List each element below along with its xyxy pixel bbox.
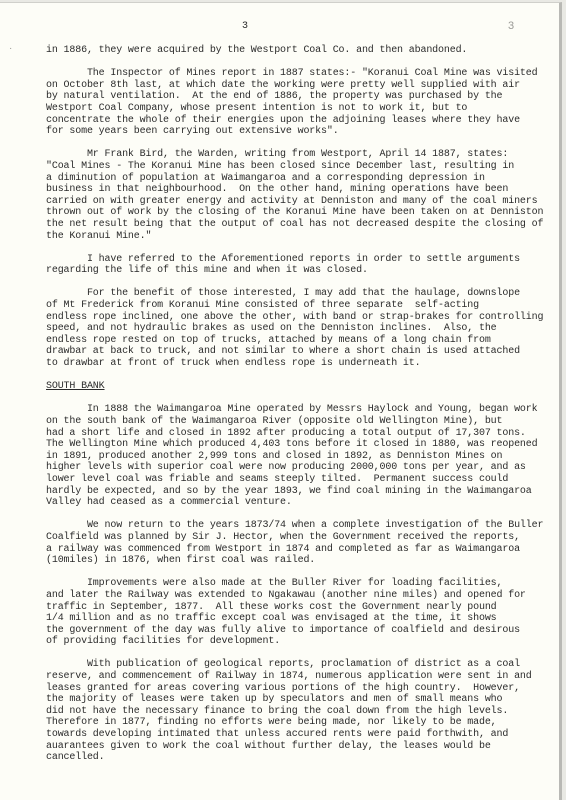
text-line: Valley had ceased as a commercial ventur…	[46, 497, 546, 509]
text-line: higher levels with superior coal were no…	[46, 462, 546, 474]
text-line: business in that neighbourhood. On the o…	[46, 184, 546, 196]
margin-tick-mark: ·	[9, 43, 12, 54]
text-line: on October 8th last, at which date the w…	[46, 80, 546, 92]
text-line: For the benefit of those interested, I m…	[46, 288, 546, 300]
text-line: 1/4 million and as no traffic except coa…	[46, 613, 546, 625]
paragraph-group-top: in 1886, they were acquired by the Westp…	[46, 45, 546, 370]
paragraph: We now return to the years 1873/74 when …	[46, 520, 546, 566]
paragraph: I have referred to the Aforementioned re…	[46, 254, 546, 277]
text-line: Improvements were also made at the Bulle…	[46, 578, 546, 590]
text-line: the majority of leases were taken up by …	[46, 694, 546, 706]
text-line: for some years been carrying out extensi…	[46, 126, 546, 138]
text-line: a diminution of population at Waimangaro…	[46, 173, 546, 185]
document-body: in 1886, they were acquired by the Westp…	[46, 45, 546, 775]
text-line: speed, and not hydraulic brakes as used …	[46, 323, 546, 335]
text-line: endless rope rested on top of trucks, at…	[46, 335, 546, 347]
paragraph-group-south-bank: In 1888 the Waimangaroa Mine operated by…	[46, 404, 546, 763]
text-line: by natural ventilation. At the end of 18…	[46, 91, 546, 103]
text-line: concentrate the whole of their energies …	[46, 115, 546, 127]
text-line: Coalfield was planned by Sir J. Hector, …	[46, 532, 546, 544]
text-line: the government of the day was fully aliv…	[46, 625, 546, 637]
paragraph: In 1888 the Waimangaroa Mine operated by…	[46, 404, 546, 508]
text-line: in 1886, they were acquired by the Westp…	[46, 45, 546, 57]
text-line: of Mt Frederick from Koranui Mine consis…	[46, 300, 546, 312]
text-line: to drawbar at front of truck when endles…	[46, 358, 546, 370]
document-page: 3 3 · in 1886, they were acquired by the…	[0, 2, 562, 800]
text-line: did not have the necessary finance to br…	[46, 706, 546, 718]
page-number: 3	[0, 21, 490, 32]
text-line: of providing facilities for development.	[46, 636, 546, 648]
paragraph: Mr Frank Bird, the Warden, writing from …	[46, 149, 546, 242]
text-line: Therefore in 1877, finding no efforts we…	[46, 717, 546, 729]
text-line: Westport Coal Company, whose present int…	[46, 103, 546, 115]
text-line: (10miles) in 1876, when first coal was r…	[46, 555, 546, 567]
text-line: thrown out of work by the closing of the…	[46, 207, 546, 219]
text-line: We now return to the years 1873/74 when …	[46, 520, 546, 532]
text-line: endless rope inclined, one above the oth…	[46, 312, 546, 324]
paragraph: For the benefit of those interested, I m…	[46, 288, 546, 369]
text-line: cancelled.	[46, 752, 546, 764]
text-line: In 1888 the Waimangaroa Mine operated by…	[46, 404, 546, 416]
paragraph: Improvements were also made at the Bulle…	[46, 578, 546, 648]
text-line: The Wellington Mine which produced 4,403…	[46, 439, 546, 451]
text-line: on the south bank of the Waimangaroa Riv…	[46, 416, 546, 428]
text-line: traffic in September, 1877. All these wo…	[46, 602, 546, 614]
text-line: The Inspector of Mines report in 1887 st…	[46, 68, 546, 80]
text-line: towards developing intimated that unless…	[46, 729, 546, 741]
text-line: lower level coal was friable and seams s…	[46, 474, 546, 486]
text-line: the Koranui Mine."	[46, 231, 546, 243]
text-line: "Coal Mines - The Koranui Mine has been …	[46, 161, 546, 173]
text-line: drawbar at back to truck, and not simila…	[46, 346, 546, 358]
text-line: hardly be expected, and so by the year 1…	[46, 486, 546, 498]
text-line: and later the Railway was extended to Ng…	[46, 590, 546, 602]
text-line: With publication of geological reports, …	[46, 659, 546, 671]
text-line: I have referred to the Aforementioned re…	[46, 254, 546, 266]
paragraph: in 1886, they were acquired by the Westp…	[46, 45, 546, 57]
paragraph: The Inspector of Mines report in 1887 st…	[46, 68, 546, 138]
text-line: Mr Frank Bird, the Warden, writing from …	[46, 149, 546, 161]
text-line: had a short life and closed in 1892 afte…	[46, 428, 546, 440]
text-line: leases granted for areas covering variou…	[46, 683, 546, 695]
text-line: regarding the life of this mine and when…	[46, 265, 546, 277]
section-heading-south-bank: SOUTH BANK	[46, 381, 546, 393]
handwritten-page-mark: 3	[508, 20, 514, 32]
text-line: a railway was commenced from Westport in…	[46, 544, 546, 556]
text-line: carried on with greater energy and activ…	[46, 196, 546, 208]
text-line: the net result being that the output of …	[46, 219, 546, 231]
text-line: auarantees given to work the coal withou…	[46, 741, 546, 753]
text-line: in 1891, produced another 2,999 tons and…	[46, 451, 546, 463]
paragraph: With publication of geological reports, …	[46, 659, 546, 763]
text-line: reserve, and commencement of Railway in …	[46, 671, 546, 683]
